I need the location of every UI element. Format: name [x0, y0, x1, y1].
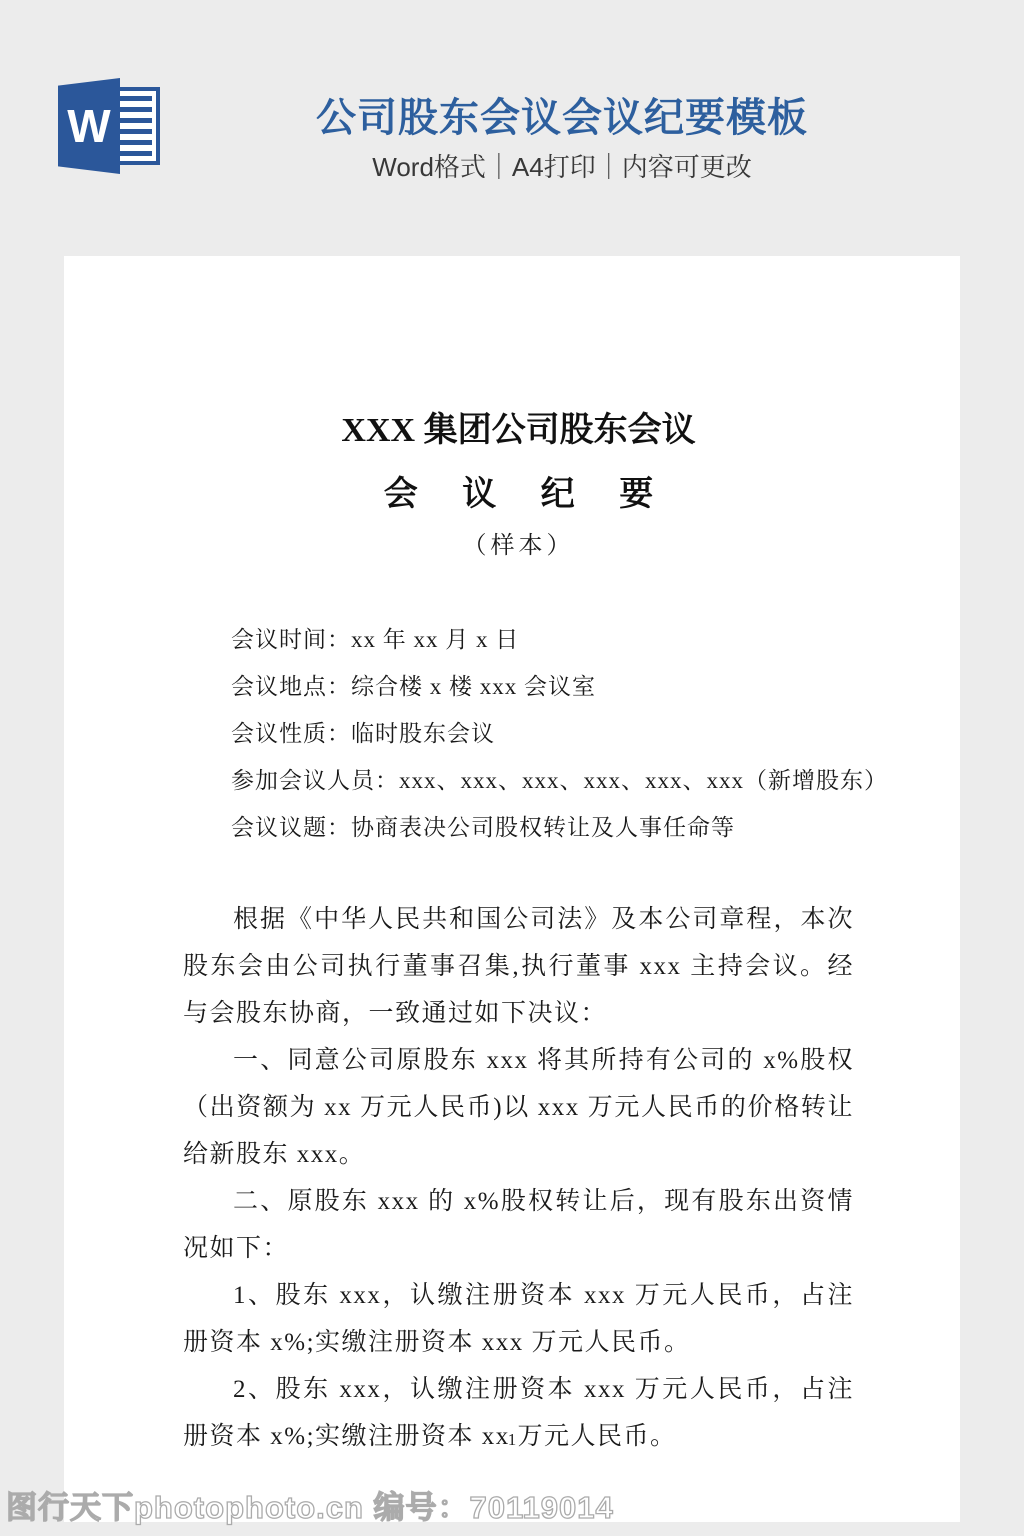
template-preview-header: W 公司股东会议会议纪要模板 Word格式｜A4打印｜内容可更改	[0, 0, 1024, 256]
body-paragraph: 二、原股东 xxx 的 x%股权转让后，现有股东出资情况如下：	[183, 1178, 854, 1272]
document-title-line1: XXX 集团公司股东会议	[183, 406, 854, 456]
template-title: 公司股东会议会议纪要模板	[160, 92, 964, 144]
word-icon-blue-panel: W	[58, 78, 120, 174]
word-icon-text-stripes	[120, 96, 152, 156]
detail-meeting-time: 会议时间：xx 年 xx 月 x 日	[183, 616, 854, 663]
document-title-line2: 会 议 纪 要	[183, 470, 854, 520]
meeting-details: 会议时间：xx 年 xx 月 x 日 会议地点：综合楼 x 楼 xxx 会议室 …	[183, 616, 854, 851]
site-watermark: 图行天下photophoto.cn 编号：70119014	[6, 1482, 614, 1527]
detail-meeting-nature: 会议性质：临时股东会议	[183, 710, 854, 757]
template-subtitle: Word格式｜A4打印｜内容可更改	[160, 150, 964, 184]
page-number: 1	[64, 1430, 960, 1450]
body-paragraph: 根据《中华人民共和国公司法》及本公司章程，本次股东会由公司执行董事召集,执行董事…	[183, 896, 854, 1037]
sample-note: （样本）	[183, 528, 854, 564]
header-text-block: 公司股东会议会议纪要模板 Word格式｜A4打印｜内容可更改	[160, 92, 964, 184]
document-body: 根据《中华人民共和国公司法》及本公司章程，本次股东会由公司执行董事召集,执行董事…	[183, 896, 854, 1460]
detail-meeting-topic: 会议议题：协商表决公司股权转让及人事任命等	[183, 804, 854, 851]
body-paragraph: 一、同意公司原股东 xxx 将其所持有公司的 x%股权（出资额为 xx 万元人民…	[183, 1037, 854, 1178]
word-file-icon: W	[58, 78, 162, 174]
detail-meeting-attendees: 参加会议人员：xxx、xxx、xxx、xxx、xxx、xxx（新增股东）	[183, 757, 854, 804]
word-icon-letter: W	[67, 103, 110, 149]
body-paragraph: 1、股东 xxx，认缴注册资本 xxx 万元人民币，占注册资本 x%;实缴注册资…	[183, 1272, 854, 1366]
document-page: XXX 集团公司股东会议 会 议 纪 要 （样本） 会议时间：xx 年 xx 月…	[64, 256, 960, 1522]
detail-meeting-place: 会议地点：综合楼 x 楼 xxx 会议室	[183, 663, 854, 710]
